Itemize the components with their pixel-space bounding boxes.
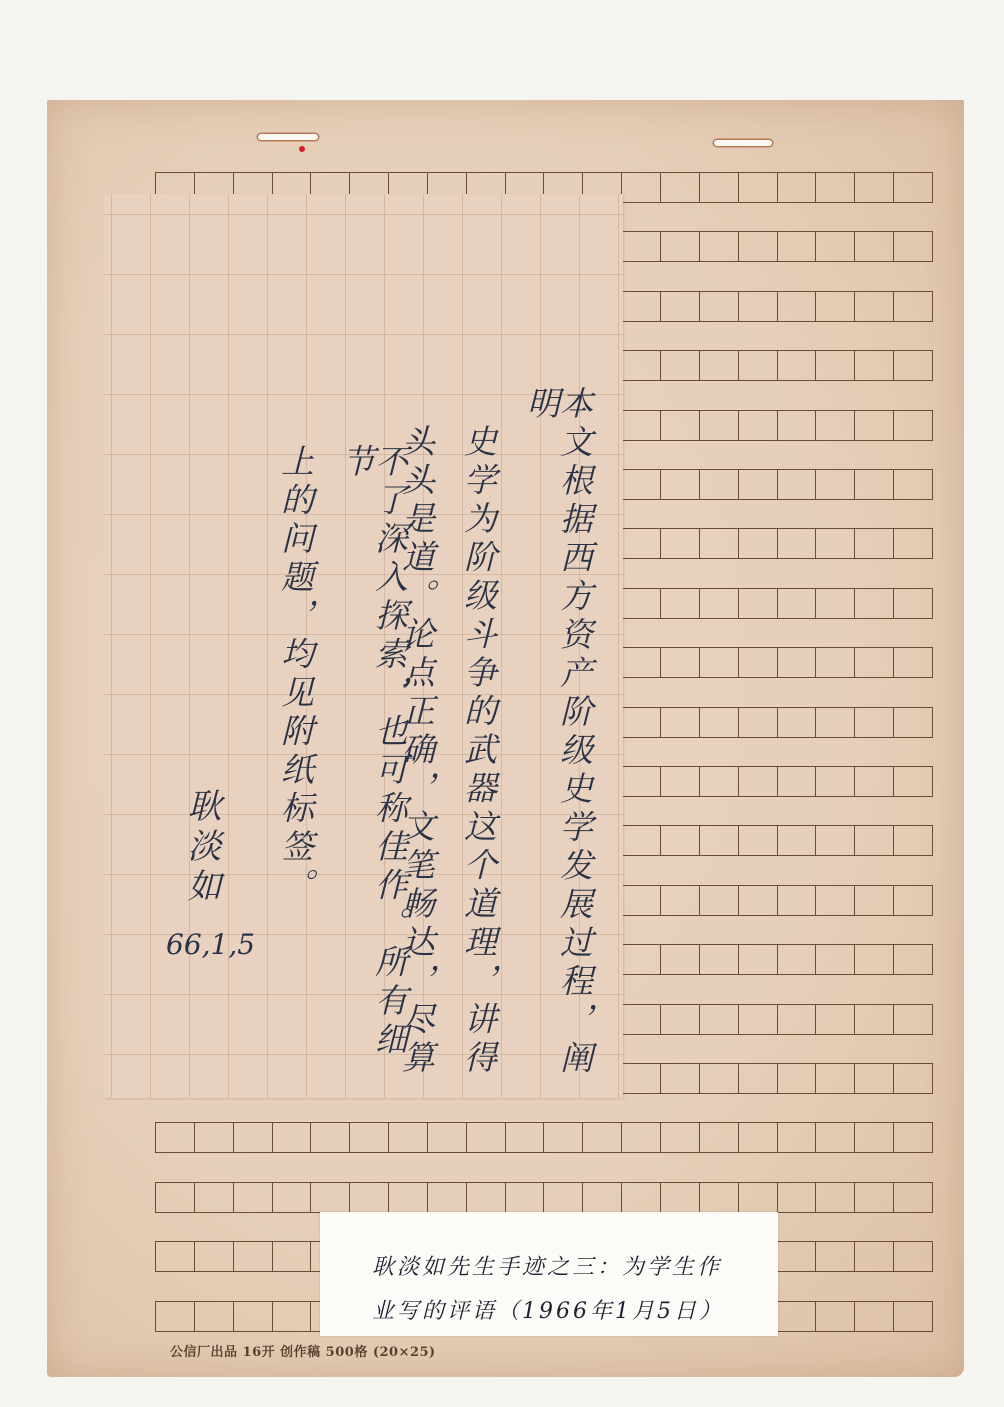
grid-cell bbox=[778, 351, 817, 380]
staple-hole-left bbox=[258, 134, 318, 140]
grid-cell bbox=[816, 292, 855, 321]
grid-cell bbox=[894, 351, 932, 380]
grid-cell bbox=[428, 1123, 467, 1152]
grid-cell bbox=[661, 708, 700, 737]
grid-cell bbox=[622, 767, 661, 796]
printer-mark: 公信厂出品 16开 创作稿 500格 (20×25) bbox=[170, 1341, 436, 1360]
grid-cell bbox=[661, 232, 700, 261]
grid-cell bbox=[855, 826, 894, 855]
grid-cell bbox=[816, 232, 855, 261]
grid-cell bbox=[622, 1123, 661, 1152]
grid-cell bbox=[700, 173, 739, 202]
grid-cell bbox=[311, 1123, 350, 1152]
grid-cell bbox=[622, 292, 661, 321]
grid-cell bbox=[816, 589, 855, 618]
grid-cell bbox=[700, 1183, 739, 1212]
grid-cell bbox=[700, 826, 739, 855]
grid-cell bbox=[661, 351, 700, 380]
grid-cell bbox=[778, 886, 817, 915]
grid-cell bbox=[816, 173, 855, 202]
grid-cell bbox=[739, 648, 778, 677]
grid-cell bbox=[622, 1064, 661, 1093]
grid-cell bbox=[195, 1183, 234, 1212]
grid-cell bbox=[156, 1123, 195, 1152]
grid-cell bbox=[544, 1123, 583, 1152]
comment-slip: 本文根据西方资产阶级史学发展过程，阐明 史学为阶级斗争的武器这个道理，讲得 头头… bbox=[104, 194, 623, 1098]
grid-cell bbox=[583, 1183, 622, 1212]
grid-cell bbox=[661, 529, 700, 558]
grid-cell bbox=[661, 767, 700, 796]
grid-cell bbox=[778, 1242, 817, 1271]
grid-cell bbox=[855, 1005, 894, 1034]
grid-cell bbox=[350, 1183, 389, 1212]
grid-cell bbox=[855, 589, 894, 618]
grid-cell bbox=[816, 351, 855, 380]
grid-cell bbox=[739, 292, 778, 321]
grid-cell bbox=[778, 708, 817, 737]
grid-cell bbox=[739, 708, 778, 737]
grid-cell bbox=[622, 708, 661, 737]
grid-cell bbox=[855, 886, 894, 915]
grid-cell bbox=[855, 945, 894, 974]
grid-cell bbox=[855, 1242, 894, 1271]
grid-cell bbox=[661, 886, 700, 915]
grid-cell bbox=[544, 1183, 583, 1212]
grid-cell bbox=[855, 232, 894, 261]
grid-cell bbox=[894, 1064, 932, 1093]
grid-cell bbox=[273, 1123, 312, 1152]
grid-cell bbox=[894, 173, 932, 202]
grid-cell bbox=[855, 292, 894, 321]
grid-cell bbox=[778, 1123, 817, 1152]
grid-cell bbox=[855, 529, 894, 558]
grid-cell bbox=[350, 1123, 389, 1152]
grid-cell bbox=[661, 945, 700, 974]
grid-cell bbox=[855, 1123, 894, 1152]
grid-cell bbox=[234, 1183, 273, 1212]
red-ink-mark bbox=[299, 146, 305, 152]
comment-column-1: 本文根据西方资产阶级史学发展过程，阐明 bbox=[525, 386, 591, 1098]
grid-cell bbox=[894, 470, 932, 499]
grid-cell bbox=[816, 767, 855, 796]
grid-cell bbox=[816, 470, 855, 499]
grid-cell bbox=[311, 1183, 350, 1212]
grid-cell bbox=[894, 1242, 932, 1271]
grid-cell bbox=[622, 351, 661, 380]
grid-cell bbox=[816, 529, 855, 558]
caption-line-2: 业写的评语（1966年1月5日） bbox=[372, 1294, 724, 1325]
grid-cell bbox=[700, 886, 739, 915]
grid-cell bbox=[700, 1064, 739, 1093]
grid-row bbox=[155, 1182, 933, 1213]
grid-cell bbox=[583, 1123, 622, 1152]
grid-cell bbox=[739, 767, 778, 796]
grid-cell bbox=[778, 1302, 817, 1331]
grid-cell bbox=[816, 826, 855, 855]
grid-cell bbox=[661, 411, 700, 440]
grid-cell bbox=[894, 1005, 932, 1034]
grid-cell bbox=[894, 708, 932, 737]
grid-cell bbox=[778, 648, 817, 677]
grid-cell bbox=[778, 1005, 817, 1034]
grid-cell bbox=[739, 1064, 778, 1093]
grid-cell bbox=[816, 1123, 855, 1152]
grid-cell bbox=[855, 708, 894, 737]
grid-cell bbox=[700, 470, 739, 499]
grid-cell bbox=[661, 1005, 700, 1034]
grid-cell bbox=[389, 1123, 428, 1152]
grid-cell bbox=[506, 1123, 545, 1152]
grid-cell bbox=[894, 292, 932, 321]
grid-cell bbox=[739, 411, 778, 440]
grid-cell bbox=[156, 1183, 195, 1212]
grid-cell bbox=[778, 945, 817, 974]
grid-cell bbox=[739, 826, 778, 855]
grid-cell bbox=[739, 351, 778, 380]
grid-cell bbox=[894, 826, 932, 855]
grid-cell bbox=[894, 232, 932, 261]
grid-cell bbox=[661, 470, 700, 499]
grid-cell bbox=[816, 411, 855, 440]
grid-cell bbox=[700, 1123, 739, 1152]
grid-cell bbox=[700, 351, 739, 380]
grid-cell bbox=[778, 1183, 817, 1212]
grid-cell bbox=[622, 529, 661, 558]
grid-row bbox=[155, 1122, 933, 1153]
grid-cell bbox=[855, 1183, 894, 1212]
manuscript-sheet: 本文根据西方资产阶级史学发展过程，阐明 史学为阶级斗争的武器这个道理，讲得 头头… bbox=[47, 100, 964, 1377]
grid-cell bbox=[622, 1183, 661, 1212]
grid-cell bbox=[428, 1183, 467, 1212]
caption-line-1: 耿淡如先生手迹之三：为学生作 bbox=[372, 1250, 722, 1281]
grid-cell bbox=[700, 945, 739, 974]
grid-cell bbox=[700, 529, 739, 558]
grid-cell bbox=[156, 1302, 195, 1331]
grid-cell bbox=[778, 589, 817, 618]
grid-cell bbox=[273, 1242, 312, 1271]
grid-cell bbox=[622, 411, 661, 440]
grid-cell bbox=[622, 173, 661, 202]
grid-cell bbox=[661, 1123, 700, 1152]
grid-cell bbox=[622, 232, 661, 261]
grid-cell bbox=[622, 470, 661, 499]
grid-cell bbox=[195, 1242, 234, 1271]
grid-cell bbox=[195, 1123, 234, 1152]
grid-cell bbox=[661, 1064, 700, 1093]
grid-cell bbox=[778, 470, 817, 499]
grid-cell bbox=[234, 1123, 273, 1152]
grid-cell bbox=[816, 1242, 855, 1271]
grid-cell bbox=[700, 1005, 739, 1034]
grid-cell bbox=[195, 1302, 234, 1331]
grid-cell bbox=[622, 886, 661, 915]
grid-cell bbox=[894, 589, 932, 618]
grid-cell bbox=[661, 173, 700, 202]
signature-date: 66,1,5 bbox=[166, 928, 255, 961]
grid-cell bbox=[816, 708, 855, 737]
grid-cell bbox=[739, 1123, 778, 1152]
comment-column-5: 上的问题，均见附纸标签。 bbox=[279, 444, 312, 906]
grid-cell bbox=[778, 1064, 817, 1093]
grid-cell bbox=[739, 1183, 778, 1212]
caption-label: 耿淡如先生手迹之三：为学生作 业写的评语（1966年1月5日） bbox=[320, 1212, 778, 1336]
grid-cell bbox=[389, 1183, 428, 1212]
grid-cell bbox=[816, 945, 855, 974]
grid-cell bbox=[894, 1183, 932, 1212]
grid-cell bbox=[816, 648, 855, 677]
grid-cell bbox=[778, 232, 817, 261]
grid-cell bbox=[273, 1302, 312, 1331]
grid-cell bbox=[855, 648, 894, 677]
grid-cell bbox=[739, 529, 778, 558]
grid-cell bbox=[894, 886, 932, 915]
grid-cell bbox=[467, 1123, 506, 1152]
grid-cell bbox=[273, 1183, 312, 1212]
grid-cell bbox=[739, 945, 778, 974]
grid-cell bbox=[622, 1005, 661, 1034]
grid-cell bbox=[894, 945, 932, 974]
grid-cell bbox=[778, 411, 817, 440]
grid-cell bbox=[778, 826, 817, 855]
grid-cell bbox=[234, 1302, 273, 1331]
staple-hole-right bbox=[714, 140, 772, 146]
grid-cell bbox=[467, 1183, 506, 1212]
grid-cell bbox=[778, 173, 817, 202]
grid-cell bbox=[661, 826, 700, 855]
grid-cell bbox=[855, 1064, 894, 1093]
grid-cell bbox=[816, 886, 855, 915]
grid-cell bbox=[816, 1064, 855, 1093]
grid-cell bbox=[816, 1183, 855, 1212]
comment-column-2: 史学为阶级斗争的武器这个道理，讲得 bbox=[462, 424, 495, 1079]
grid-cell bbox=[855, 173, 894, 202]
grid-cell bbox=[739, 886, 778, 915]
grid-cell bbox=[739, 470, 778, 499]
grid-cell bbox=[622, 648, 661, 677]
grid-cell bbox=[700, 708, 739, 737]
signature: 耿淡如 bbox=[177, 788, 226, 908]
grid-cell bbox=[739, 173, 778, 202]
grid-cell bbox=[661, 1183, 700, 1212]
grid-cell bbox=[700, 292, 739, 321]
grid-cell bbox=[739, 232, 778, 261]
comment-column-4: 不了深入探索，也可称佳作。所有细节 bbox=[340, 444, 406, 1098]
grid-cell bbox=[661, 648, 700, 677]
grid-cell bbox=[700, 232, 739, 261]
grid-cell bbox=[739, 1005, 778, 1034]
grid-cell bbox=[894, 1123, 932, 1152]
grid-cell bbox=[894, 1302, 932, 1331]
grid-cell bbox=[894, 648, 932, 677]
grid-cell bbox=[739, 589, 778, 618]
grid-cell bbox=[816, 1005, 855, 1034]
grid-cell bbox=[622, 826, 661, 855]
grid-cell bbox=[894, 767, 932, 796]
grid-cell bbox=[855, 351, 894, 380]
grid-cell bbox=[778, 292, 817, 321]
grid-cell bbox=[700, 589, 739, 618]
grid-cell bbox=[855, 1302, 894, 1331]
grid-cell bbox=[778, 767, 817, 796]
grid-cell bbox=[778, 529, 817, 558]
grid-cell bbox=[506, 1183, 545, 1212]
grid-cell bbox=[622, 945, 661, 974]
grid-cell bbox=[700, 411, 739, 440]
grid-cell bbox=[234, 1242, 273, 1271]
grid-cell bbox=[855, 411, 894, 440]
grid-cell bbox=[622, 589, 661, 618]
grid-cell bbox=[700, 767, 739, 796]
grid-cell bbox=[855, 470, 894, 499]
grid-cell bbox=[661, 292, 700, 321]
grid-cell bbox=[855, 767, 894, 796]
grid-cell bbox=[894, 529, 932, 558]
grid-cell bbox=[661, 589, 700, 618]
grid-cell bbox=[816, 1302, 855, 1331]
grid-cell bbox=[700, 648, 739, 677]
grid-cell bbox=[156, 1242, 195, 1271]
grid-cell bbox=[894, 411, 932, 440]
